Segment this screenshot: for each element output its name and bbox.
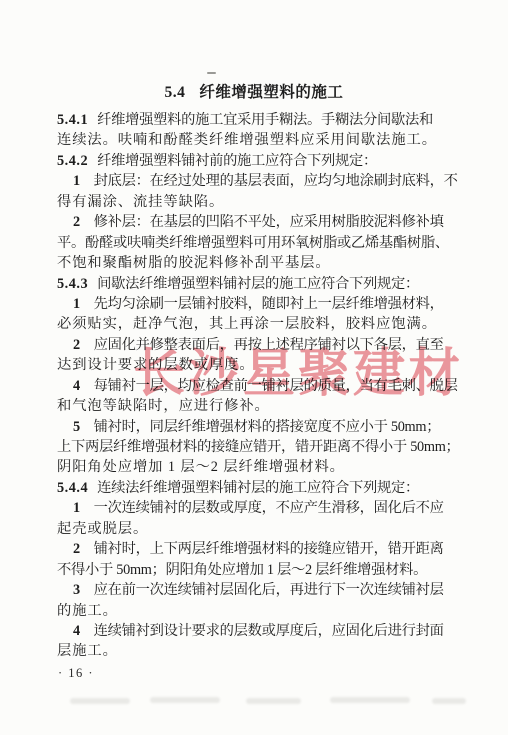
line-text: 起壳或脱层。 <box>57 521 148 537</box>
text-line: 的施工。 <box>57 601 457 621</box>
text-line: 4连续铺衬到设计要求的层数或厚度后，应固化后进行封面 <box>57 621 457 641</box>
line-text: 的施工。 <box>57 603 118 619</box>
line-text: 平。酚醛或呋喃类纤维增强塑料可用环氧树脂或乙烯基酯树脂、 <box>57 235 449 251</box>
line-text: 必须贴实，赶净气泡，其上再涂一层胶料，胶料应饱满。 <box>57 316 437 332</box>
line-text: 上下两层纤维增强材料的接缝应错开，错开距离不得小于 50mm； <box>57 439 460 455</box>
line-text: 铺衬时，上下两层纤维增强材料的接缝应错开，错开距离 <box>94 541 444 557</box>
clause-number: 2 <box>73 214 81 230</box>
section-title-number: 5.4 <box>165 84 186 101</box>
text-line: 2修补层：在基层的凹陷不平处，应采用树脂胶泥料修补填 <box>57 212 457 232</box>
text-line: 平。酚醛或呋喃类纤维增强塑料可用环氧树脂或乙烯基酯树脂、 <box>57 233 457 253</box>
scan-artifact-dash <box>207 72 216 74</box>
line-text: 间歇法纤维增强塑料铺衬层的施工应符合下列规定： <box>97 276 419 292</box>
text-line: 3应在前一次连续铺衬层固化后，再进行下一次连续铺衬层 <box>57 580 457 600</box>
line-text: 连续法纤维增强塑料铺衬层的施工应符合下列规定： <box>97 480 419 496</box>
clause-number: 1 <box>73 296 81 312</box>
line-text: 纤维增强塑料的施工宜采用手糊法。手糊法分间歇法和 <box>97 112 433 128</box>
text-line: 5.4.1纤维增强塑料的施工宜采用手糊法。手糊法分间歇法和 <box>57 110 457 130</box>
text-line: 1先均匀涂刷一层铺衬胶料，随即衬上一层纤维增强材料， <box>57 294 457 314</box>
text-line: 阴阳角处应增加 1 层～2 层纤维增强材料。 <box>57 457 457 477</box>
content: 5.4.1纤维增强塑料的施工宜采用手糊法。手糊法分间歇法和连续法。呋喃和酚醛类纤… <box>57 110 457 662</box>
page-number: · 16 · <box>58 666 94 681</box>
line-text: 连续法。呋喃和酚醛类纤维增强塑料应采用间歇法施工。 <box>57 132 437 148</box>
line-text: 封底层：在经过处理的基层表面，应均匀地涂刷封底料，不 <box>94 173 458 189</box>
line-text: 应固化并修整表面后，再按上述程序铺衬以下各层，直至 <box>94 337 444 353</box>
clause-number: 4 <box>73 378 81 394</box>
clause-number: 5.4.4 <box>57 480 88 496</box>
text-line: 4每铺衬一层，均应检查前一铺衬层的质量，当有毛刺、脱层 <box>57 376 457 396</box>
line-text: 不饱和聚酯树脂的胶泥料修补刮平基层。 <box>57 255 331 271</box>
line-text: 应在前一次连续铺衬层固化后，再进行下一次连续铺衬层 <box>94 582 444 598</box>
text-line: 必须贴实，赶净气泡，其上再涂一层胶料，胶料应饱满。 <box>57 314 457 334</box>
text-line: 达到设计要求的层数或厚度。 <box>57 355 457 375</box>
text-line: 2铺衬时，上下两层纤维增强材料的接缝应错开，错开距离 <box>57 539 457 559</box>
scan-smudge <box>246 698 301 704</box>
line-text: 达到设计要求的层数或厚度。 <box>57 357 255 373</box>
line-text: 纤维增强塑料铺衬前的施工应符合下列规定： <box>97 153 377 169</box>
scan-smudge <box>70 698 130 704</box>
document-page: 5.4纤维增强塑料的施工 5.4.1纤维增强塑料的施工宜采用手糊法。手糊法分间歇… <box>0 0 508 735</box>
text-line: 2应固化并修整表面后，再按上述程序铺衬以下各层，直至 <box>57 335 457 355</box>
text-line: 不得小于 50mm；阴阳角处应增加 1 层～2 层纤维增强材料。 <box>57 560 457 580</box>
line-text: 一次连续铺衬的层数或厚度，不应产生滑移，固化后不应 <box>94 500 444 516</box>
text-line: 和气泡等缺陷时，应进行修补。 <box>57 396 457 416</box>
text-line: 1一次连续铺衬的层数或厚度，不应产生滑移，固化后不应 <box>57 498 457 518</box>
clause-number: 2 <box>73 541 81 557</box>
line-text: 每铺衬一层，均应检查前一铺衬层的质量，当有毛刺、脱层 <box>94 378 458 394</box>
text-line: 得有漏涂、流挂等缺陷。 <box>57 192 457 212</box>
clause-number: 5 <box>73 419 81 435</box>
clause-number: 1 <box>73 173 81 189</box>
line-text: 不得小于 50mm；阴阳角处应增加 1 层～2 层纤维增强材料。 <box>57 562 427 578</box>
text-line: 层施工。 <box>57 641 457 661</box>
clause-number: 1 <box>73 500 81 516</box>
scan-smudge <box>150 697 220 703</box>
section-title-text: 纤维增强塑料的施工 <box>199 84 343 101</box>
line-text: 得有漏涂、流挂等缺陷。 <box>57 194 224 210</box>
scan-smudge <box>330 697 410 703</box>
line-text: 连续铺衬到设计要求的层数或厚度后，应固化后进行封面 <box>94 623 444 639</box>
clause-number: 5.4.3 <box>57 276 88 292</box>
clause-number: 2 <box>73 337 81 353</box>
section-title: 5.4纤维增强塑料的施工 <box>0 80 508 102</box>
line-text: 铺衬时，同层纤维增强材料的搭接宽度不应小于 50mm； <box>94 419 441 435</box>
text-line: 不饱和聚酯树脂的胶泥料修补刮平基层。 <box>57 253 457 273</box>
text-line: 5.4.4连续法纤维增强塑料铺衬层的施工应符合下列规定： <box>57 478 457 498</box>
line-text: 先均匀涂刷一层铺衬胶料，随即衬上一层纤维增强材料， <box>94 296 444 312</box>
scan-smudge <box>432 698 466 704</box>
line-text: 阴阳角处应增加 1 层～2 层纤维增强材料。 <box>57 459 345 475</box>
text-line: 1封底层：在经过处理的基层表面，应均匀地涂刷封底料，不 <box>57 171 457 191</box>
text-line: 5.4.3间歇法纤维增强塑料铺衬层的施工应符合下列规定： <box>57 274 457 294</box>
line-text: 层施工。 <box>57 643 118 659</box>
text-line: 上下两层纤维增强材料的接缝应错开，错开距离不得小于 50mm； <box>57 437 457 457</box>
text-line: 连续法。呋喃和酚醛类纤维增强塑料应采用间歇法施工。 <box>57 130 457 150</box>
text-line: 5.4.2纤维增强塑料铺衬前的施工应符合下列规定： <box>57 151 457 171</box>
clause-number: 4 <box>73 623 81 639</box>
line-text: 修补层：在基层的凹陷不平处，应采用树脂胶泥料修补填 <box>94 214 444 230</box>
text-line: 起壳或脱层。 <box>57 519 457 539</box>
clause-number: 3 <box>73 582 81 598</box>
line-text: 和气泡等缺陷时，应进行修补。 <box>57 398 270 414</box>
clause-number: 5.4.2 <box>57 153 88 169</box>
text-line: 5铺衬时，同层纤维增强材料的搭接宽度不应小于 50mm； <box>57 417 457 437</box>
clause-number: 5.4.1 <box>57 112 88 128</box>
